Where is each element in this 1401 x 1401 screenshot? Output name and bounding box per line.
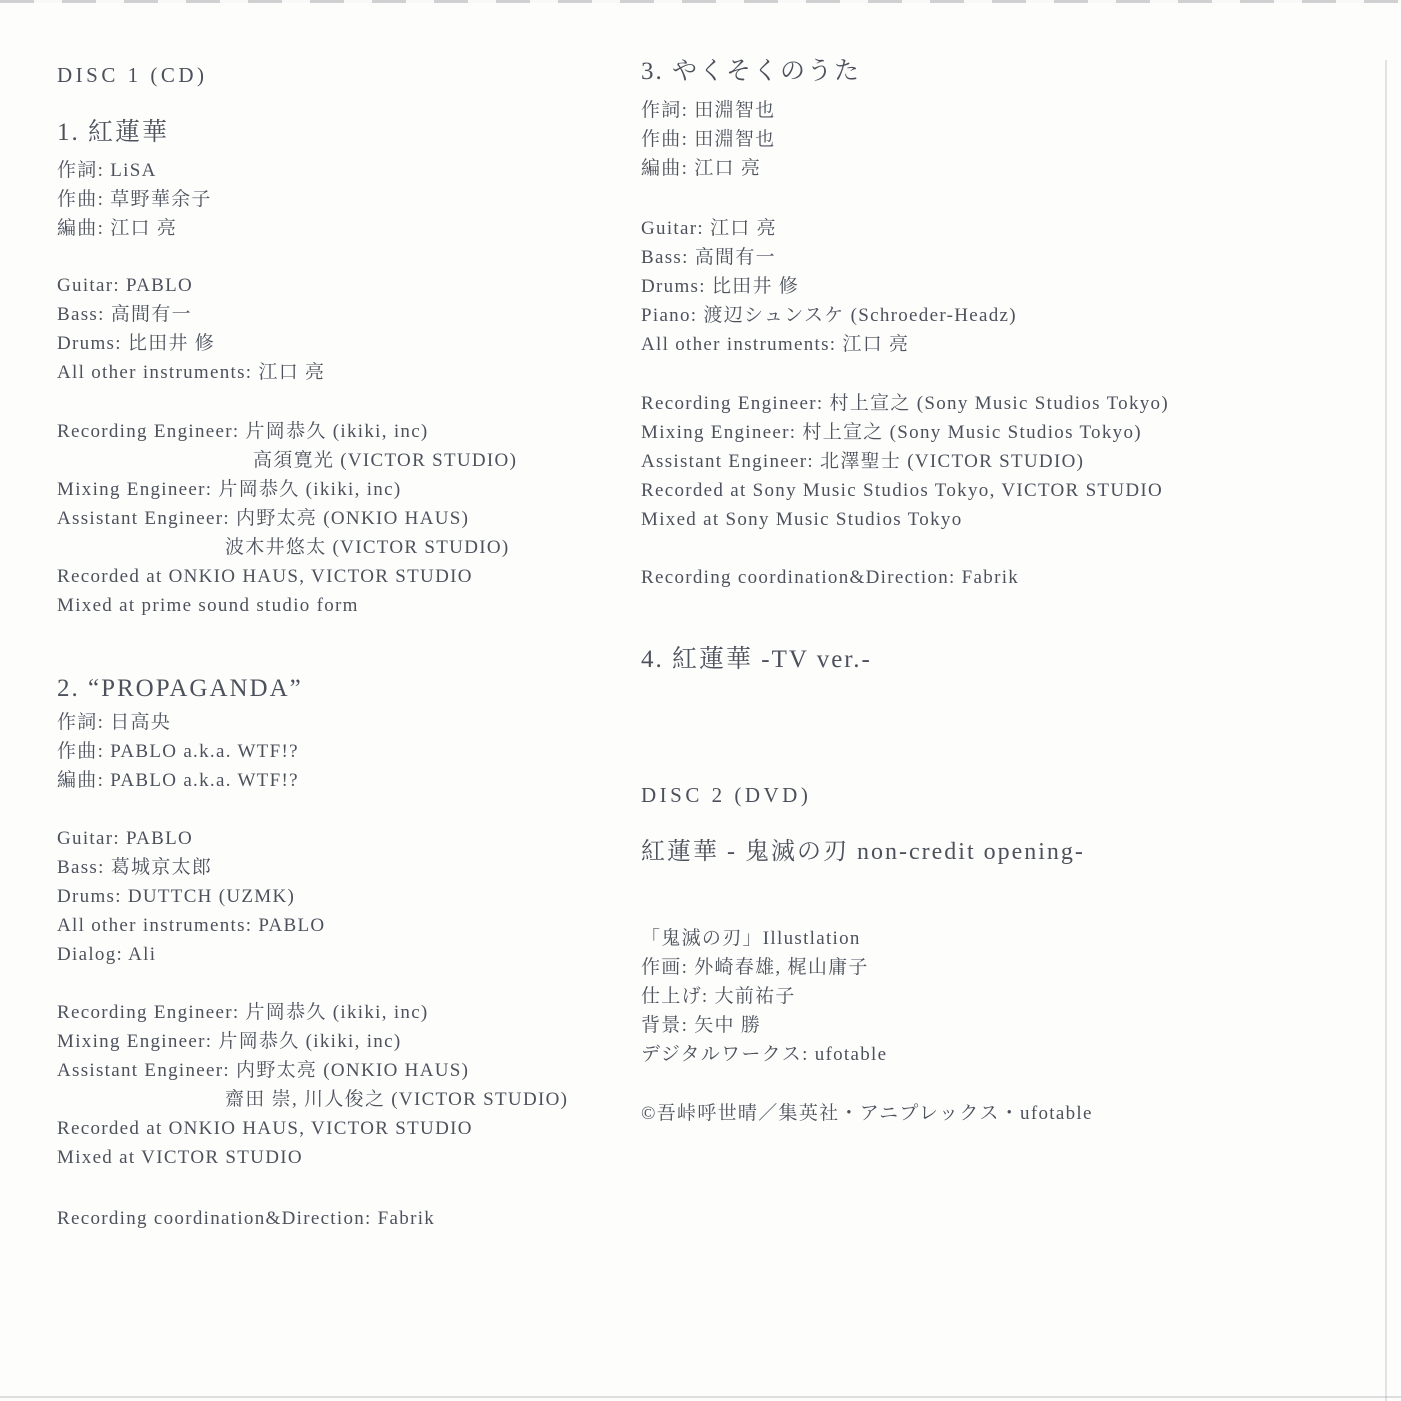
credit-line: Bass: 葛城京太郎 <box>57 853 325 882</box>
track2-writers: 作詞: 日高央 作曲: PABLO a.k.a. WTF!? 編曲: PABLO… <box>57 708 299 795</box>
copyright-line: ©吾峠呼世晴／集英社・アニプレックス・ufotable <box>641 1099 1093 1128</box>
credit-line: 編曲: PABLO a.k.a. WTF!? <box>57 766 299 795</box>
credit-line: Drums: DUTTCH (UZMK) <box>57 882 325 911</box>
credit-line: Bass: 高間有一 <box>641 243 1017 272</box>
credit-line-continuation: 齋田 崇, 川人俊之 (VICTOR STUDIO) <box>57 1085 568 1114</box>
credit-line: 作曲: PABLO a.k.a. WTF!? <box>57 737 299 766</box>
track1-musicians: Guitar: PABLO Bass: 高間有一 Drums: 比田井 修 Al… <box>57 271 325 387</box>
credit-line: Guitar: PABLO <box>57 271 325 300</box>
credit-line: 作詞: LiSA <box>57 156 212 185</box>
track3-writers: 作詞: 田淵智也 作曲: 田淵智也 編曲: 江口 亮 <box>641 96 775 183</box>
credit-line-continuation: 高須寛光 (VICTOR STUDIO) <box>57 446 517 475</box>
credit-line: 作画: 外崎春雄, 梶山庸子 <box>641 953 887 982</box>
track2-musicians: Guitar: PABLO Bass: 葛城京太郎 Drums: DUTTCH … <box>57 824 325 969</box>
track1-engineering: Recording Engineer: 片岡恭久 (ikiki, inc) 高須… <box>57 417 517 620</box>
track3-title: 3. やくそくのうた <box>641 57 861 87</box>
dvd-content-title: 紅蓮華 - 鬼滅の刃 non-credit opening- <box>641 837 1085 867</box>
booklet-credits-page: DISC 1 (CD) 1. 紅蓮華 作詞: LiSA 作曲: 草野華余子 編曲… <box>0 0 1401 1401</box>
credit-line: Piano: 渡辺シュンスケ (Schroeder-Headz) <box>641 301 1017 330</box>
credit-line: Guitar: 江口 亮 <box>641 214 1017 243</box>
credit-line: 仕上げ: 大前祐子 <box>641 982 887 1011</box>
credit-line: デジタルワークス: ufotable <box>641 1040 887 1069</box>
credit-line: Assistant Engineer: 北澤聖士 (VICTOR STUDIO) <box>641 447 1169 476</box>
credit-line: Dialog: Ali <box>57 940 325 969</box>
credit-line: 編曲: 江口 亮 <box>641 154 775 183</box>
credit-line: Recorded at Sony Music Studios Tokyo, VI… <box>641 476 1169 505</box>
credit-line: Bass: 高間有一 <box>57 300 325 329</box>
credit-line: 作詞: 日高央 <box>57 708 299 737</box>
illustration-credits: 「鬼滅の刃」Illustlation 作画: 外崎春雄, 梶山庸子 仕上げ: 大… <box>641 924 887 1069</box>
credit-line: Recorded at ONKIO HAUS, VICTOR STUDIO <box>57 562 517 591</box>
track3-musicians: Guitar: 江口 亮 Bass: 高間有一 Drums: 比田井 修 Pia… <box>641 214 1017 359</box>
credit-line: All other instruments: 江口 亮 <box>641 330 1017 359</box>
credit-line: Mixing Engineer: 片岡恭久 (ikiki, inc) <box>57 475 517 504</box>
credit-line: 編曲: 江口 亮 <box>57 214 212 243</box>
credit-line: Drums: 比田井 修 <box>57 329 325 358</box>
credit-line: 作曲: 草野華余子 <box>57 185 212 214</box>
credit-line: Recording Engineer: 片岡恭久 (ikiki, inc) <box>57 417 517 446</box>
credit-line: Recording Engineer: 片岡恭久 (ikiki, inc) <box>57 998 568 1027</box>
credit-line: Recording Engineer: 村上宣之 (Sony Music Stu… <box>641 389 1169 418</box>
credit-line: Mixing Engineer: 村上宣之 (Sony Music Studio… <box>641 418 1169 447</box>
credit-line: Guitar: PABLO <box>57 824 325 853</box>
credit-line: 作詞: 田淵智也 <box>641 96 775 125</box>
credit-line: Drums: 比田井 修 <box>641 272 1017 301</box>
track1-writers: 作詞: LiSA 作曲: 草野華余子 編曲: 江口 亮 <box>57 156 212 243</box>
credit-line: 作曲: 田淵智也 <box>641 125 775 154</box>
credit-line-continuation: 波木井悠太 (VICTOR STUDIO) <box>57 533 517 562</box>
scan-artifact-right-edge <box>1385 60 1387 1401</box>
track3-engineering: Recording Engineer: 村上宣之 (Sony Music Stu… <box>641 389 1169 534</box>
credit-line: Mixing Engineer: 片岡恭久 (ikiki, inc) <box>57 1027 568 1056</box>
track2-title: 2. “PROPAGANDA” <box>57 674 303 704</box>
track2-engineering: Recording Engineer: 片岡恭久 (ikiki, inc) Mi… <box>57 998 568 1172</box>
credit-line: Assistant Engineer: 内野太亮 (ONKIO HAUS) <box>57 504 517 533</box>
scan-artifact-top-edge <box>0 0 1401 3</box>
credit-line: Mixed at VICTOR STUDIO <box>57 1143 568 1172</box>
credit-line: Mixed at Sony Music Studios Tokyo <box>641 505 1169 534</box>
credit-line: 「鬼滅の刃」Illustlation <box>641 924 887 953</box>
credit-line: Recorded at ONKIO HAUS, VICTOR STUDIO <box>57 1114 568 1143</box>
track2-coordination: Recording coordination&Direction: Fabrik <box>57 1204 435 1233</box>
disc2-header: DISC 2 (DVD) <box>641 782 811 808</box>
credit-line: All other instruments: 江口 亮 <box>57 358 325 387</box>
track3-coordination: Recording coordination&Direction: Fabrik <box>641 563 1019 592</box>
credit-line: Assistant Engineer: 内野太亮 (ONKIO HAUS) <box>57 1056 568 1085</box>
credit-line: Mixed at prime sound studio form <box>57 591 517 620</box>
disc1-header: DISC 1 (CD) <box>57 62 208 88</box>
scan-artifact-bottom-edge <box>0 1396 1401 1398</box>
track4-title: 4. 紅蓮華 -TV ver.- <box>641 645 872 675</box>
credit-line: All other instruments: PABLO <box>57 911 325 940</box>
track1-title: 1. 紅蓮華 <box>57 118 169 148</box>
credit-line: 背景: 矢中 勝 <box>641 1011 887 1040</box>
